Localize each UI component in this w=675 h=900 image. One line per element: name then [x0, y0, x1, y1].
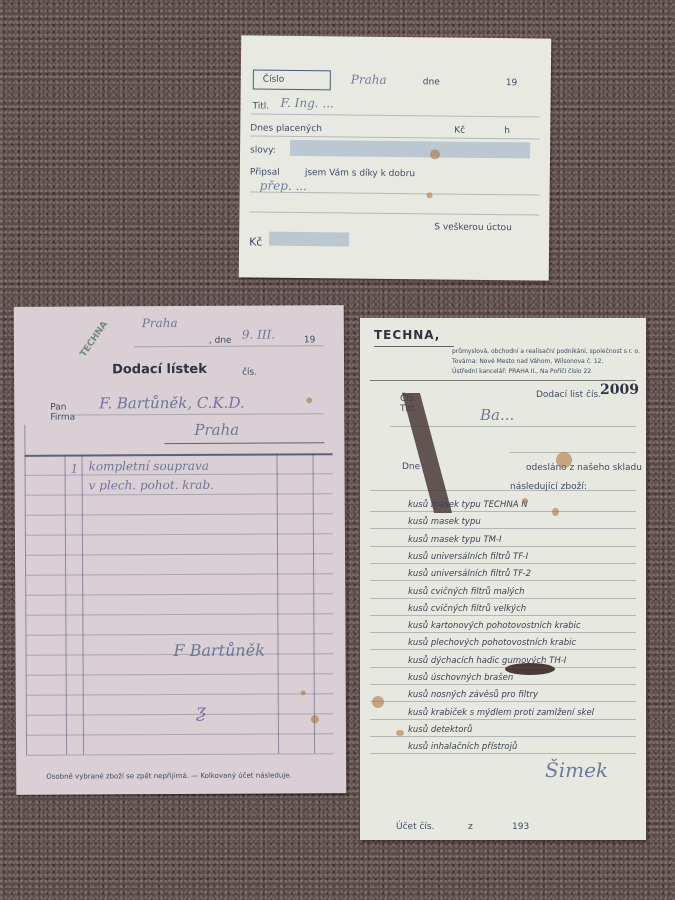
list-item: kusů universálních filtrů TF-2 — [408, 569, 531, 579]
handwritten-city: Praha — [194, 421, 239, 439]
company-line-3: Ústřední kancelář: PRAHA II., Na Poříčí … — [452, 368, 591, 375]
dodaci-label: Dodací list čís. — [536, 390, 601, 400]
amount-band — [269, 232, 349, 247]
paper-tear — [402, 393, 452, 513]
handwritten-date: 9. III. — [242, 327, 275, 341]
kc-label: Kč — [454, 126, 465, 136]
handwritten-place: Praha — [351, 73, 387, 87]
list-item: kusů inhalačních přístrojů — [408, 742, 517, 752]
list-item: kusů cvičných filtrů velkých — [408, 604, 526, 614]
list-item: kusů dýchacích hadic gumových TH-I — [408, 656, 566, 666]
handwritten-recipient: Ba... — [480, 406, 514, 424]
list-item: kusů krabiček s mýdlem proti zamlžení sk… — [408, 708, 594, 718]
z-label: z — [468, 822, 473, 832]
dne-label: , dne — [209, 336, 232, 346]
list-item: kusů cvičných filtrů malých — [408, 587, 524, 597]
row-description-1: kompletní souprava — [89, 459, 209, 474]
list-item: kusů masek typu TECHNA N — [408, 500, 528, 510]
s-uctou-label: S veškerou úctou — [434, 222, 512, 233]
titl-label: Titl. — [252, 102, 269, 112]
list-item: kusů masek typu TM-I — [408, 535, 502, 545]
year-prefix: 19 — [304, 335, 316, 345]
dne-label: dne — [423, 77, 440, 87]
ucet-label: Účet čís. — [396, 822, 434, 832]
signature: F Bartůněk — [173, 641, 264, 660]
list-item: kusů plechových pohotovostních krabic — [408, 638, 576, 648]
document-title: Dodací lístek — [112, 362, 207, 377]
year-label: 193 — [512, 822, 529, 832]
company-line-2: Továrna: Nové Mesto nad Váhom, Wilsonova… — [452, 358, 603, 365]
year-prefix: 19 — [506, 78, 518, 88]
handwritten-recipient: F. Bartůněk, C.K.D. — [99, 394, 245, 413]
list-item: kusů kartonových pohotovostních krabic — [408, 621, 581, 631]
pan-label: Pan — [50, 403, 66, 413]
list-item: kusů universálních filtrů TF-I — [408, 552, 528, 562]
pripsal-label: Připsal — [250, 167, 280, 177]
initials: ƺ — [196, 701, 206, 722]
cislo-label: Číslo — [263, 75, 285, 85]
list-item: kusů nosných závěsů pro filtry — [408, 690, 538, 700]
handwritten-place: Praha — [142, 316, 178, 330]
handwritten-title: F. Ing. ... — [280, 96, 333, 111]
delivery-note-dodaci-listek: Praha , dne 9. III. 19 TECHNA Dodací lís… — [14, 305, 347, 795]
cis-label: čís. — [242, 368, 257, 378]
list-item: kusů masek typu — [408, 517, 481, 527]
dne-label: Dne — [402, 462, 420, 472]
dnes-placenych-label: Dnes placených — [250, 123, 322, 134]
delivery-list-techna: TECHNA, průmyslová, obchodní a realisačn… — [360, 318, 646, 840]
row-description-2: v plech. pohot. krab. — [89, 478, 214, 493]
techna-stamp: TECHNA — [79, 320, 111, 359]
firma-label: Firma — [50, 413, 75, 423]
kc-bottom-label: Kč — [249, 235, 262, 248]
words-band — [290, 140, 530, 159]
footer-note: Osobně vybrané zboží se zpět nepřijímá. … — [46, 771, 292, 780]
list-item: kusů úschovných brašen — [408, 673, 513, 683]
handwritten-note: přep. ... — [260, 179, 307, 193]
h-label: h — [504, 126, 510, 136]
payment-receipt: Číslo Praha dne 19 Titl. F. Ing. ... Dne… — [239, 35, 552, 280]
brand-title: TECHNA, — [374, 328, 440, 342]
slovy-label: slovy: — [250, 145, 276, 155]
row-quantity: 1 — [71, 462, 79, 476]
odeslano-label: odesláno z našeho skladu — [526, 463, 642, 473]
list-item: kusů detektorů — [408, 725, 472, 735]
signature: Šimek — [545, 758, 608, 782]
jsem-label: jsem Vám s díky k dobru — [305, 168, 415, 179]
company-line-1: průmyslová, obchodní a realisační podnik… — [452, 348, 640, 355]
document-number: 2009 — [600, 382, 639, 398]
